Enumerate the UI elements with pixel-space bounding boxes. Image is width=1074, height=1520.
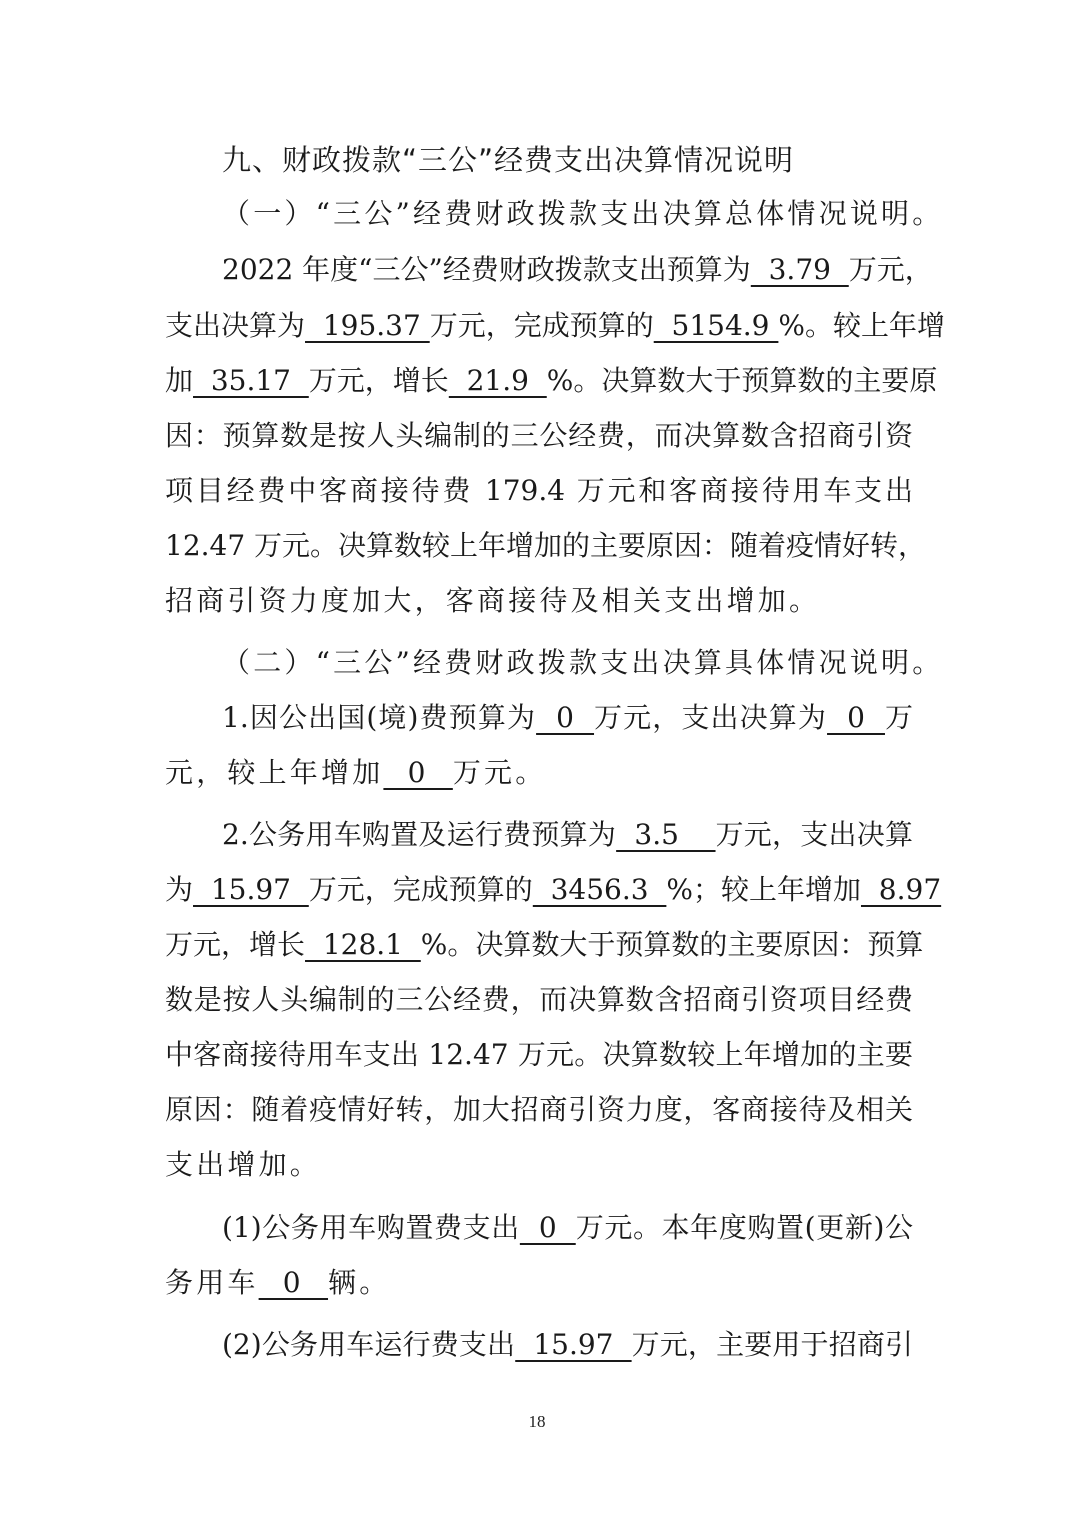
- text: 务用车: [165, 1266, 259, 1299]
- text: 万元。本年度购置(更新)公: [576, 1211, 913, 1244]
- paragraph-line: 项目经费中客商接待费 179.4 万元和客商接待用车支出: [165, 471, 913, 511]
- paragraph-line: 数是按人头编制的三公经费，而决算数含招商引资项目经费: [165, 980, 913, 1020]
- increase-value: 35.17: [193, 364, 309, 397]
- paragraph-line: 12.47 万元。决算数较上年增加的主要原因：随着疫情好转，: [165, 526, 913, 566]
- actual-value: 15.97: [193, 873, 309, 906]
- text: 万元，: [849, 253, 933, 286]
- text: (1)公务用车购置费支出: [222, 1211, 520, 1244]
- paragraph-line: (1)公务用车购置费支出 0 万元。本年度购置(更新)公: [222, 1208, 913, 1248]
- paragraph-line: 中客商接待用车支出 12.47 万元。决算数较上年增加的主要: [165, 1035, 913, 1075]
- subsection-2-title: （二）“三公”经费财政拨款支出决算具体情况说明。: [222, 643, 970, 683]
- paragraph-line: 加 35.17 万元，增长 21.9 %。决算数大于预算数的主要原: [165, 361, 913, 401]
- text: 万: [885, 701, 913, 734]
- paragraph-line: 务用车 0 辆。: [165, 1263, 913, 1303]
- paragraph-line: 支出决算为 195.37 万元，完成预算的 5154.9 %。较上年增: [165, 306, 913, 346]
- text: 2022 年度“三公”经费财政拨款支出预算为: [222, 253, 751, 286]
- document-page: 九、财政拨款“三公”经费支出决算情况说明 （一）“三公”经费财政拨款支出决算总体…: [0, 0, 1074, 1520]
- text: (2)公务用车运行费支出: [222, 1328, 515, 1361]
- paragraph-line: 原因：随着疫情好转，加大招商引资力度，客商接待及相关: [165, 1090, 913, 1130]
- text: 辆。: [328, 1266, 390, 1299]
- text: 万元，完成预算的: [430, 309, 654, 342]
- vehicle-count: 0: [259, 1266, 328, 1299]
- purchase-cost-value: 0: [520, 1211, 576, 1244]
- actual-value: 195.37: [305, 309, 430, 342]
- section-heading: 九、财政拨款“三公”经费支出决算情况说明: [222, 140, 970, 180]
- completion-rate: 3456.3: [533, 873, 667, 906]
- text: 万元，增长: [165, 928, 305, 961]
- text: 万元，完成预算的: [309, 873, 533, 906]
- budget-value: 3.5: [616, 818, 715, 851]
- paragraph-line: 2.公务用车购置及运行费预算为 3.5 万元，支出决算: [222, 815, 913, 855]
- growth-rate: 128.1: [305, 928, 421, 961]
- text: 万元，主要用于招商引: [632, 1328, 913, 1361]
- paragraph-line: 支出增加。: [165, 1145, 913, 1185]
- increase-value: 8.97: [861, 873, 941, 906]
- actual-value: 0: [827, 701, 885, 734]
- text: 支出决算为: [165, 309, 305, 342]
- completion-rate: 5154.9: [654, 309, 779, 342]
- paragraph-line: 元，较上年增加 0 万元。: [165, 753, 913, 793]
- page-number: 18: [0, 1412, 1074, 1432]
- text: 元，较上年增加: [165, 756, 383, 789]
- text: 万元，支出决算为: [594, 701, 827, 734]
- paragraph-line: (2)公务用车运行费支出 15.97 万元，主要用于招商引: [222, 1325, 913, 1365]
- text: 万元。: [453, 756, 547, 789]
- paragraph-line: 招商引资力度加大，客商接待及相关支出增加。: [165, 581, 913, 621]
- text: 加: [165, 364, 193, 397]
- text: 1.因公出国(境)费预算为: [222, 701, 536, 734]
- subsection-1-title: （一）“三公”经费财政拨款支出决算总体情况说明。: [222, 194, 970, 234]
- paragraph-line: 1.因公出国(境)费预算为 0 万元，支出决算为 0 万: [222, 698, 913, 738]
- increase-value: 0: [383, 756, 452, 789]
- text: 为: [165, 873, 193, 906]
- growth-rate: 21.9: [449, 364, 547, 397]
- text: 万元，增长: [309, 364, 449, 397]
- text: %。决算数大于预算数的主要原: [547, 364, 938, 397]
- paragraph-line: 因：预算数是按人头编制的三公经费，而决算数含招商引资: [165, 416, 913, 456]
- text: %；较上年增加: [666, 873, 861, 906]
- paragraph-line: 2022 年度“三公”经费财政拨款支出预算为 3.79 万元，: [222, 250, 913, 290]
- text: %。决算数大于预算数的主要原因：预算: [421, 928, 924, 961]
- text: 万元，支出决算: [716, 818, 913, 851]
- paragraph-line: 万元，增长 128.1 %。决算数大于预算数的主要原因：预算: [165, 925, 913, 965]
- budget-value: 3.79: [751, 253, 849, 286]
- paragraph-line: 为 15.97 万元，完成预算的 3456.3 %；较上年增加 8.97: [165, 870, 913, 910]
- text: %。较上年增: [778, 309, 945, 342]
- text: 2.公务用车购置及运行费预算为: [222, 818, 616, 851]
- budget-value: 0: [536, 701, 594, 734]
- operating-cost-value: 15.97: [515, 1328, 631, 1361]
